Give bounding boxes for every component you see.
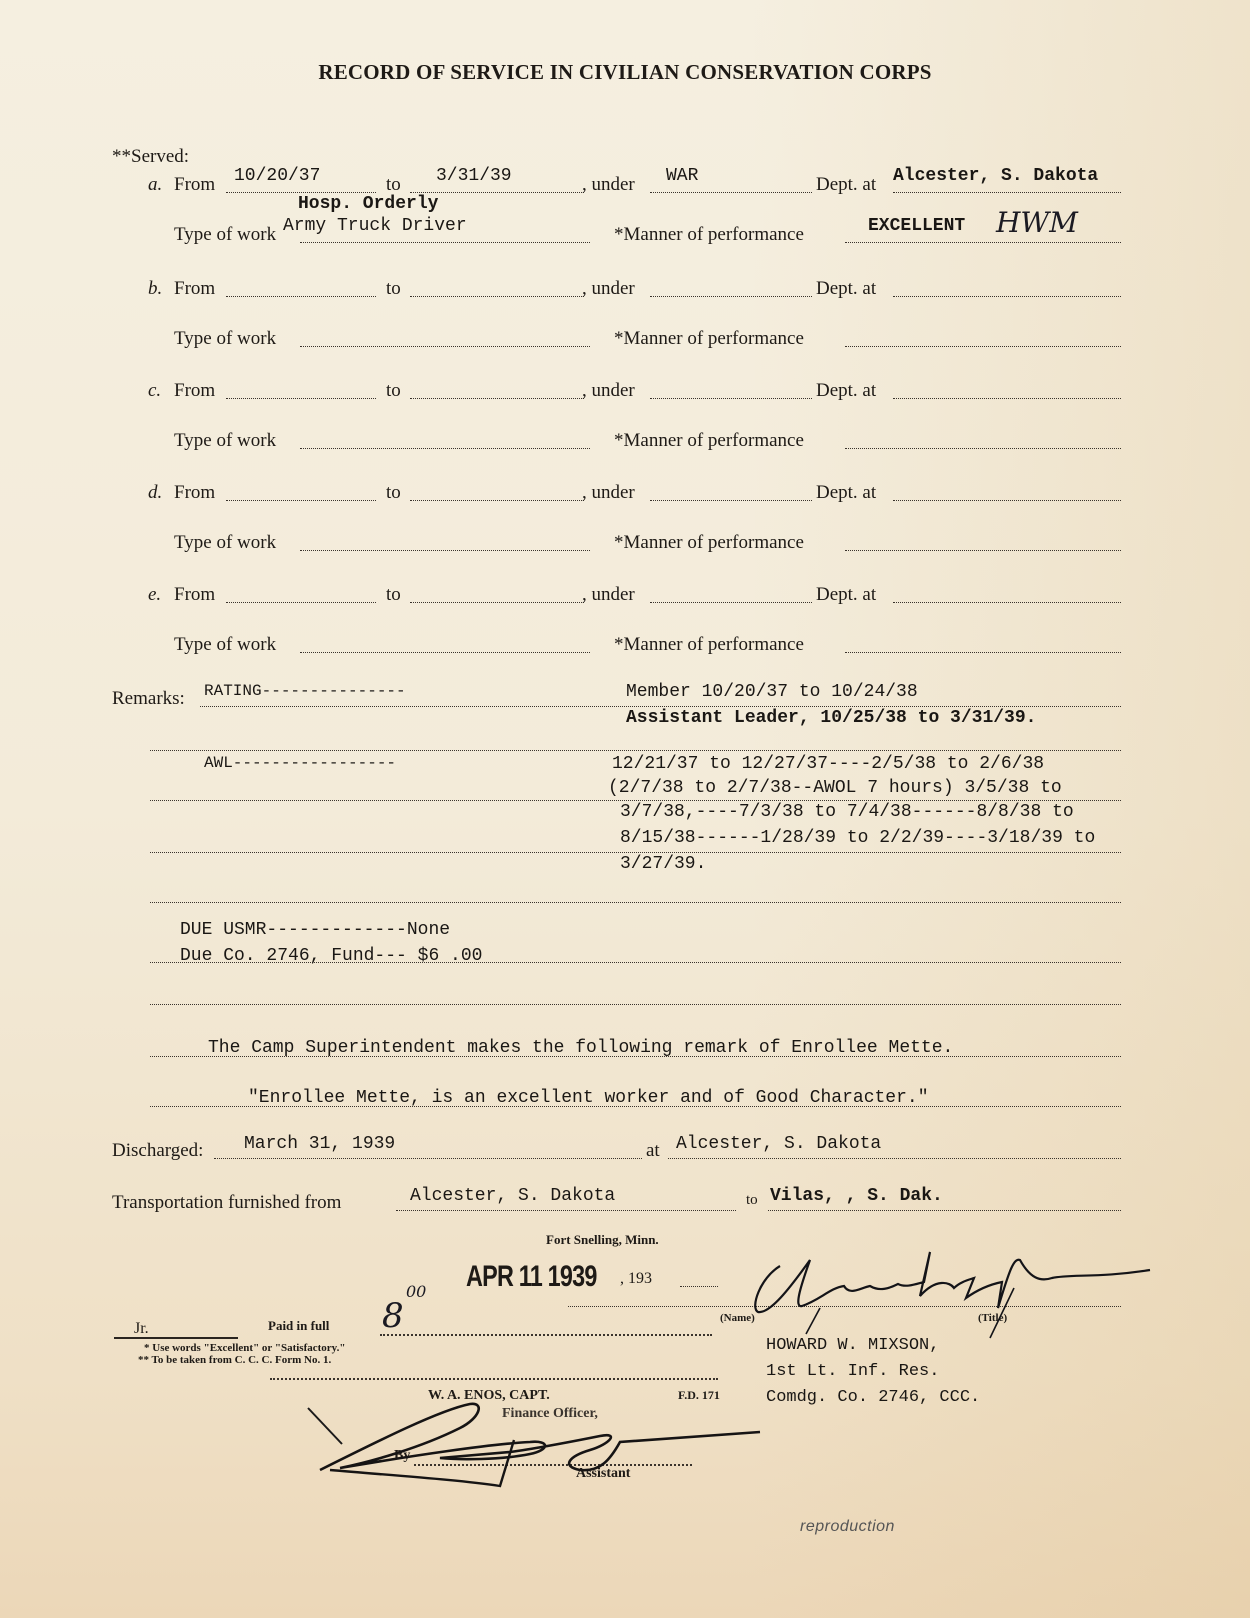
type-of-work-label: Type of work [174,532,276,554]
discharged-location-line [668,1158,1121,1159]
type-of-work-line [300,652,590,653]
awl-line-1: 12/21/37 to 12/27/37----2/5/38 to 2/6/38 [612,754,1044,774]
to-label: to [386,278,401,300]
typed-rank: 1st Lt. Inf. Res. [766,1362,939,1381]
footnote-2: ** To be taken from C. C. C. Form No. 1. [138,1354,331,1366]
reproduction-watermark: reproduction [800,1518,895,1536]
manner-of-performance-value: EXCELLENT [868,216,965,236]
suffix-jr: Jr. [134,1320,149,1338]
manner-of-performance-label: *Manner of performance [614,224,804,246]
stamp-line [270,1378,718,1380]
entry-letter: e. [148,584,161,606]
dept-at-line [893,602,1121,603]
entry-letter: d. [148,482,162,504]
dept-at-label: Dept. at [816,174,876,196]
handwritten-initials: HWM [996,206,1078,239]
from-line [226,192,376,193]
from-value: 10/20/37 [234,166,320,186]
dept-at-line [893,192,1121,193]
manner-of-performance-line [845,448,1121,449]
to-label: to [386,174,401,196]
discharged-label: Discharged: [112,1140,203,1162]
entry-letter: b. [148,278,162,300]
dept-at-line [893,296,1121,297]
dept-at-line [893,398,1121,399]
discharged-date: March 31, 1939 [244,1134,395,1154]
under-label: , under [582,278,635,300]
type-of-work-line [300,550,590,551]
under-line [650,398,812,399]
type-of-work-label: Type of work [174,224,276,246]
commander-signature-icon [740,1248,1160,1338]
remarks-line-7 [150,1004,1121,1005]
stamp-date: APR 11 1939 [466,1260,597,1294]
remarks-line-5 [150,902,1121,903]
discharged-location: Alcester, S. Dakota [676,1134,881,1154]
discharged-at-label: at [646,1140,660,1162]
rating-line-2: Assistant Leader, 10/25/38 to 3/31/39. [626,708,1036,728]
remarks-line-1 [200,706,1121,707]
paid-cents: 00 [406,1282,426,1301]
manner-of-performance-label: *Manner of performance [614,532,804,554]
type-of-work-insert: Hosp. Orderly [298,194,438,214]
type-of-work-label: Type of work [174,328,276,350]
manner-of-performance-line [845,242,1121,243]
under-label: , under [582,380,635,402]
transportation-to-line [768,1210,1121,1211]
remarks-line-3 [150,800,1121,801]
from-label: From [174,380,215,402]
manner-of-performance-line [845,346,1121,347]
manner-of-performance-line [845,550,1121,551]
remarks-label: Remarks: [112,688,185,710]
to-label: to [386,482,401,504]
from-label: From [174,278,215,300]
entry-letter: a. [148,174,162,196]
awl-line-5: 3/27/39. [620,854,706,874]
paid-line [380,1334,712,1336]
from-line [226,296,376,297]
to-line [410,398,584,399]
from-label: From [174,482,215,504]
dept-at-label: Dept. at [816,380,876,402]
superintendent-remark: The Camp Superintendent makes the follow… [208,1038,953,1058]
dept-at-label: Dept. at [816,584,876,606]
paid-in-full-label: Paid in full [268,1318,329,1334]
under-line [650,296,812,297]
footnote-1: * Use words "Excellent" or "Satisfactory… [144,1342,345,1354]
paid-amount: 8 [382,1296,404,1336]
suffix-line [114,1337,238,1339]
to-label: to [386,584,401,606]
to-line [410,602,584,603]
under-label: , under [582,584,635,606]
transportation-to-label: to [746,1192,758,1209]
transportation-to: Vilas, , S. Dak. [770,1186,943,1206]
served-label: **Served: [112,146,189,168]
dept-at-label: Dept. at [816,482,876,504]
finance-signature-icon [300,1400,770,1500]
awl-line-2: (2/7/38 to 2/7/38--AWOL 7 hours) 3/5/38 … [608,778,1062,798]
type-of-work-label: Type of work [174,430,276,452]
manner-of-performance-line [845,652,1121,653]
awl-label: AWL----------------- [204,754,396,772]
stamp-location: Fort Snelling, Minn. [546,1232,659,1248]
to-value: 3/31/39 [436,166,512,186]
under-line [650,602,812,603]
transportation-from: Alcester, S. Dakota [410,1186,615,1206]
awl-line-4: 8/15/38------1/28/39 to 2/2/39----3/18/3… [620,828,1095,848]
year-prefix: , 193 [620,1270,652,1288]
under-label: , under [582,482,635,504]
remarks-line-4 [150,852,1121,853]
superintendent-quote: "Enrollee Mette, is an excellent worker … [248,1088,929,1108]
transportation-label: Transportation furnished from [112,1192,341,1214]
under-line [650,192,812,193]
rating-label: RATING--------------- [204,682,406,700]
under-line [650,500,812,501]
under-value: WAR [666,166,698,186]
document-title: RECORD OF SERVICE IN CIVILIAN CONSERVATI… [0,60,1250,85]
manner-of-performance-label: *Manner of performance [614,328,804,350]
transportation-from-line [396,1210,736,1211]
dept-at-value: Alcester, S. Dakota [893,166,1098,186]
awl-line-3: 3/7/38,----7/3/38 to 7/4/38------8/8/38 … [620,802,1074,822]
type-of-work-label: Type of work [174,634,276,656]
to-line [410,192,584,193]
due-usmr: DUE USMR-------------None [180,920,450,940]
rating-line-1: Member 10/20/37 to 10/24/38 [626,682,918,702]
from-line [226,500,376,501]
from-line [226,602,376,603]
from-label: From [174,174,215,196]
type-of-work-value: Army Truck Driver [283,216,467,236]
from-label: From [174,584,215,606]
type-of-work-line [300,242,590,243]
manner-of-performance-label: *Manner of performance [614,430,804,452]
type-of-work-line [300,346,590,347]
due-co-fund: Due Co. 2746, Fund--- $6 .00 [180,946,482,966]
to-line [410,296,584,297]
typed-command: Comdg. Co. 2746, CCC. [766,1388,980,1407]
under-label: , under [582,174,635,196]
type-of-work-line [300,448,590,449]
dept-at-label: Dept. at [816,278,876,300]
typed-name: HOWARD W. MIXSON, [766,1336,939,1355]
from-line [226,398,376,399]
year-line [680,1286,718,1287]
entry-letter: c. [148,380,161,402]
discharged-date-line [214,1158,642,1159]
dept-at-line [893,500,1121,501]
remarks-line-2 [150,750,1121,751]
to-line [410,500,584,501]
manner-of-performance-label: *Manner of performance [614,634,804,656]
to-label: to [386,380,401,402]
